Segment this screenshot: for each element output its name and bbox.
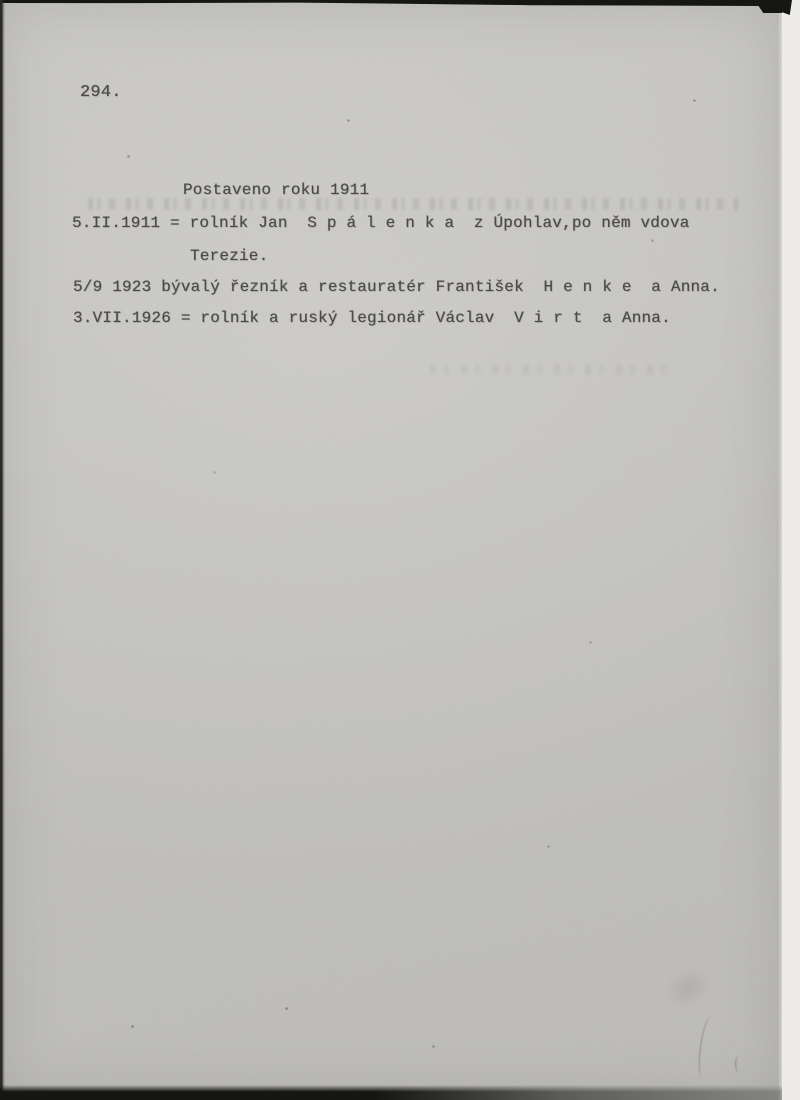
scanner-margin: [778, 0, 800, 1100]
crease-mark: [696, 1014, 720, 1079]
bleed-through-smudge: [88, 198, 738, 210]
faint-smudge: [656, 959, 720, 1017]
entry-line: 5/9 1923 bývalý řezník a restauratér Fra…: [73, 278, 720, 296]
bleed-through-smudge-secondary: [430, 365, 670, 374]
entry-line: 5.II.1911 = rolník Jan S p á l e n k a z…: [72, 214, 690, 232]
scanned-document-page: 294. Postaveno roku 1911 5.II.1911 = rol…: [0, 0, 782, 1100]
scan-edge-bottom: [0, 1085, 782, 1100]
entry-line: 3.VII.1926 = rolník a ruský legionář Vác…: [73, 309, 671, 327]
crease-mark-small: [735, 1056, 743, 1072]
page-number: 294.: [80, 84, 122, 102]
scan-edge-left: [0, 0, 5, 1100]
document-heading: Postaveno roku 1911: [183, 181, 369, 199]
paper-grain-texture: [0, 0, 782, 1100]
entry-line-continuation: Terezie.: [190, 247, 268, 265]
